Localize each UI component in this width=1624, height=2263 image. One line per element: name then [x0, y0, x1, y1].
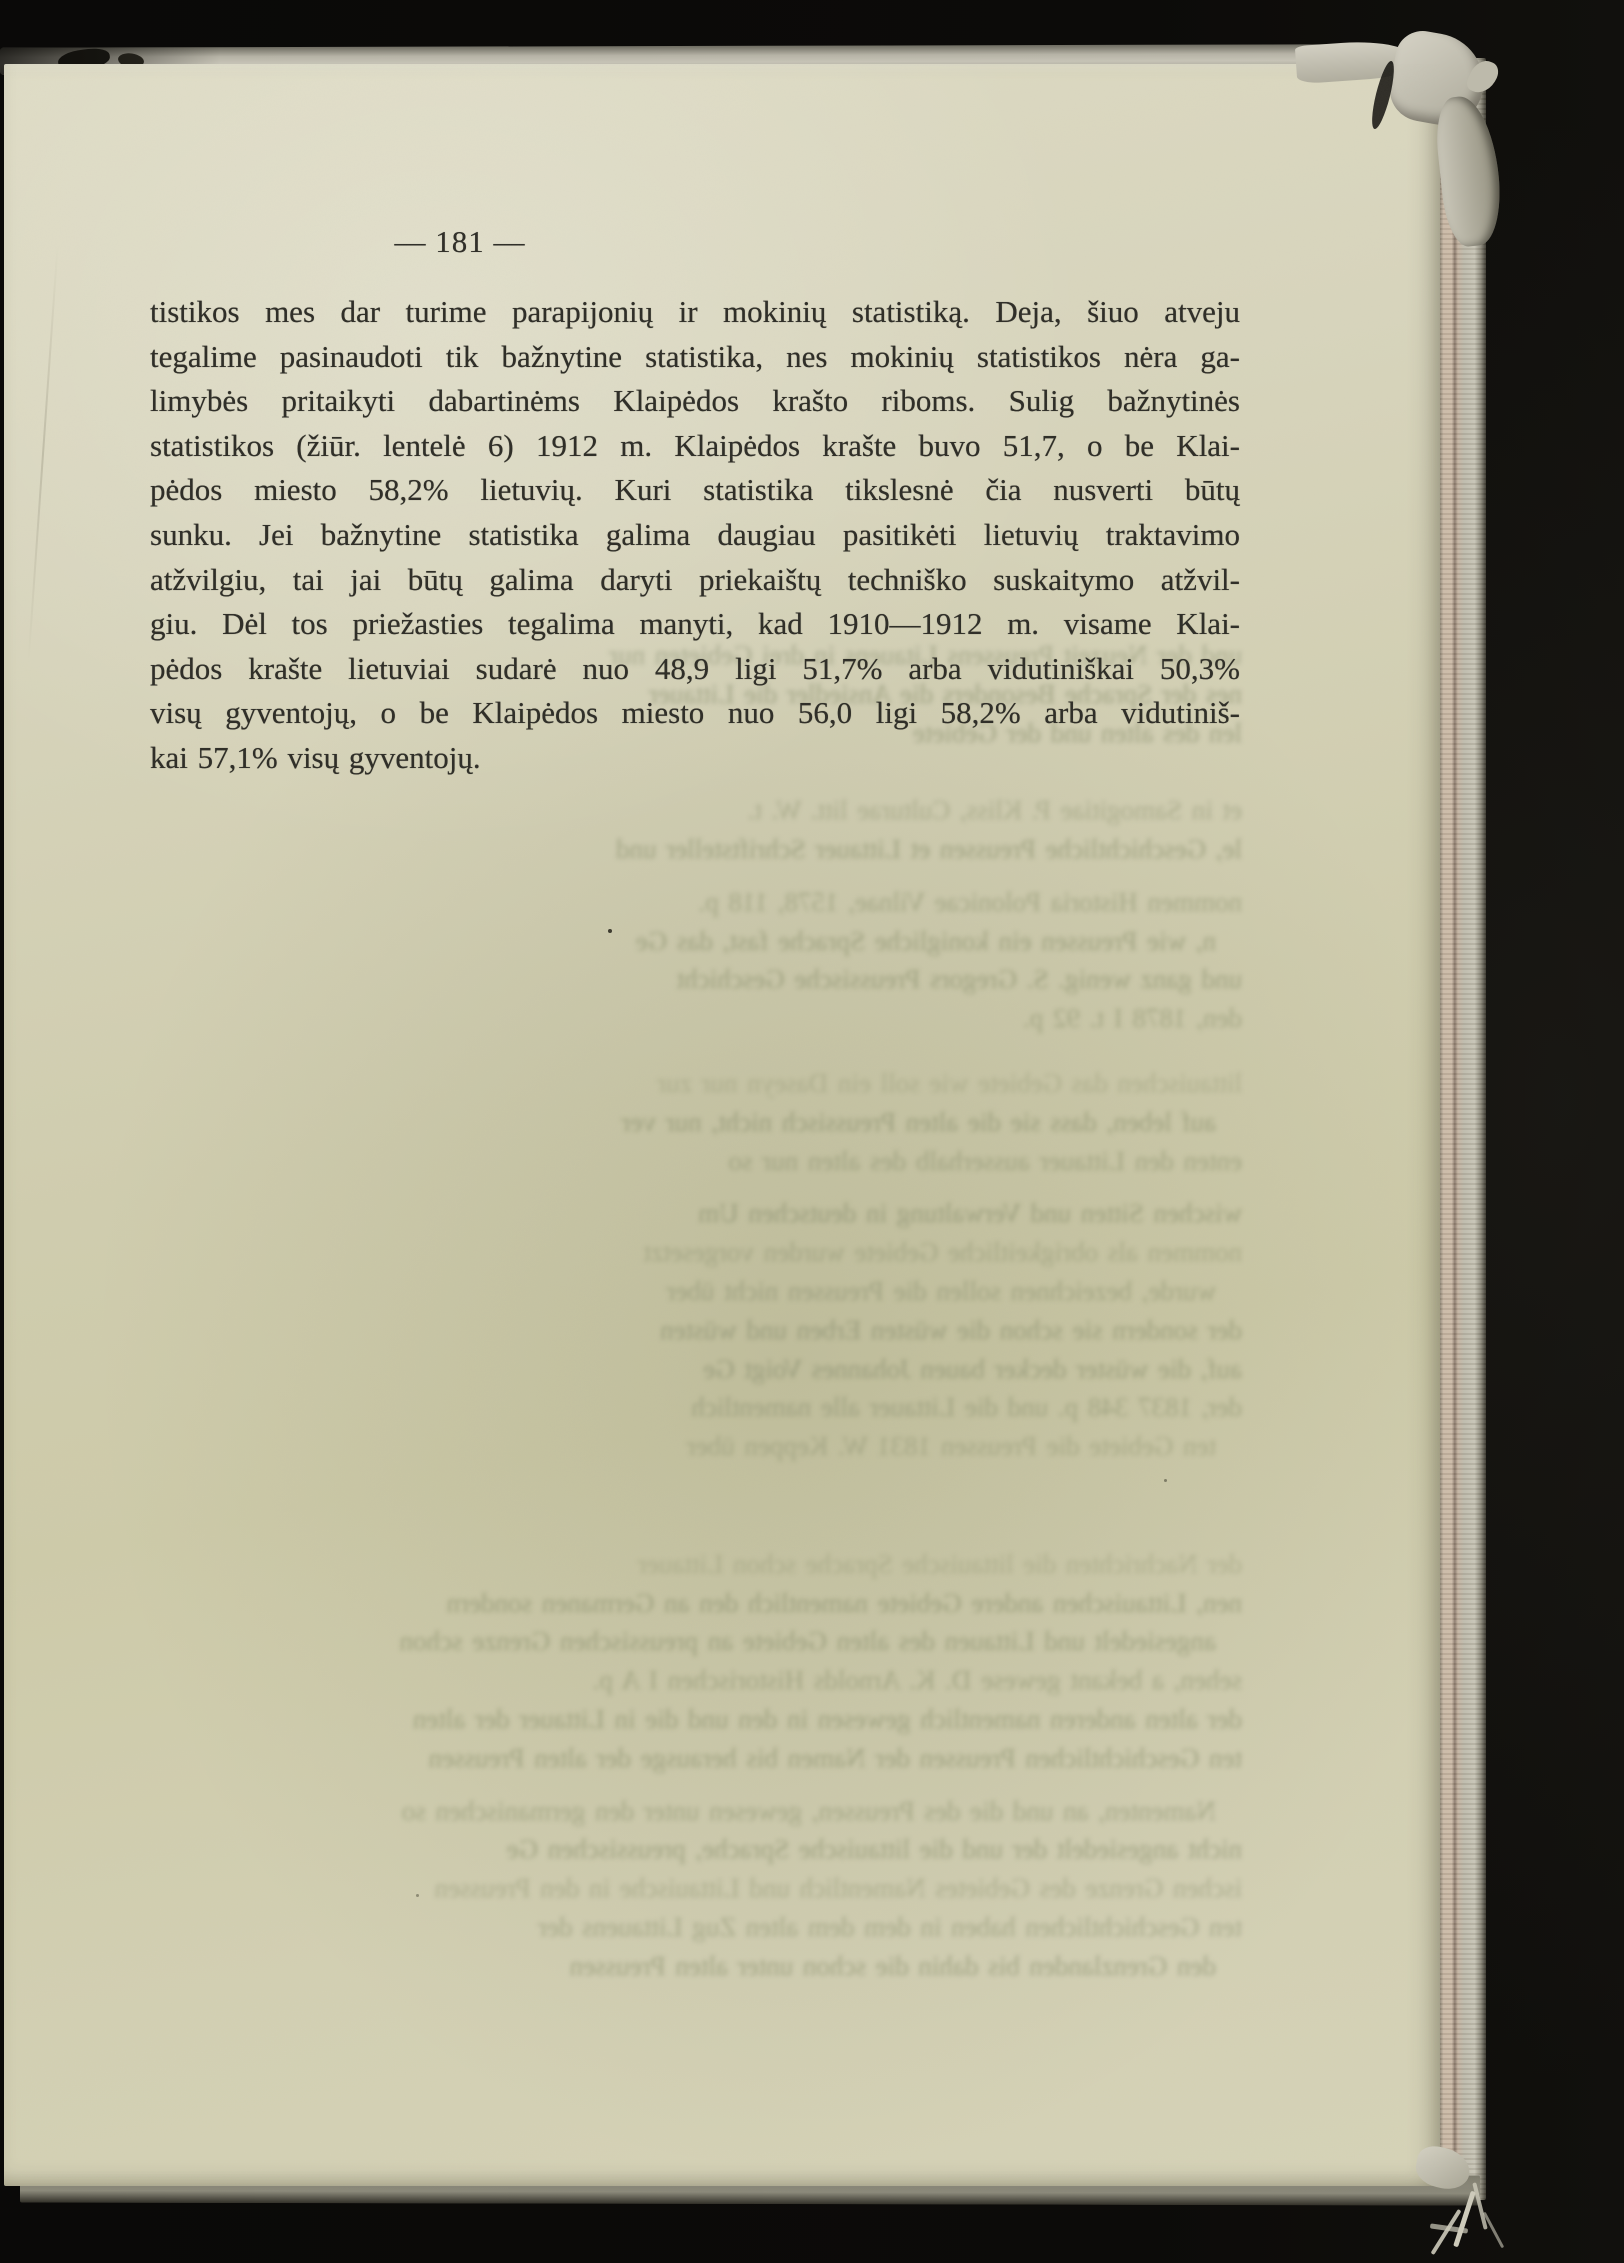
- text-line: sunku. Jei bažnytine statistika galima d…: [150, 513, 1240, 558]
- text-line: pėdos krašte lietuviai sudarė nuo 48,9 l…: [150, 647, 1240, 692]
- text-line: atžvilgiu, tai jai būtų galima daryti pr…: [150, 558, 1240, 603]
- bleedthrough-line: auf, die wüster decker bauen Johannes Vo…: [138, 1350, 1242, 1389]
- bleedthrough-line: n, wie Preussen ein konigliche Sprache f…: [138, 922, 1216, 961]
- bleedthrough-line: der sondern sie schon die wüsten Erben u…: [138, 1311, 1242, 1350]
- fray-thread: [1483, 2212, 1504, 2249]
- bleedthrough-line: littauischen das Gebiete wie soll ein Da…: [138, 1064, 1242, 1103]
- bleedthrough-line: sehen, a bekant gewese D. K. Arnolds His…: [138, 1661, 1242, 1700]
- bleedthrough-line: nommen Historia Polonicae Vilnae, 1578, …: [138, 883, 1242, 922]
- text-line: kai 57,1% visų gyventojų.: [150, 736, 1240, 781]
- bleedthrough-line: den, 1878 I t. 92 p.: [138, 999, 1242, 1038]
- bleedthrough-line: nommen als obrigkeitliche Gebiete wurden…: [138, 1233, 1242, 1272]
- bleedthrough-line: le, Geschichtliche Preussen et Littauer …: [138, 830, 1242, 869]
- text-line: visų gyventojų, o be Klaipėdos miesto nu…: [150, 691, 1240, 736]
- bleedthrough-text: und der Neuzeit Preussens Litauens in dr…: [138, 636, 1242, 1986]
- bleedthrough-line: nicht angesiedelt der und die littauisch…: [138, 1830, 1242, 1869]
- bleedthrough-line: wurde, bezeichnen sollen die Preussen ni…: [138, 1272, 1216, 1311]
- bleedthrough-line: [138, 1480, 1242, 1519]
- bleedthrough-line: ten Geschichtlichen haben in dem dem alt…: [138, 1908, 1242, 1947]
- bleedthrough-line: der, 1837 348 p. und die Littauer alle n…: [138, 1388, 1242, 1427]
- bleedthrough-line: nen, Littauischen andere Gebiete namentl…: [138, 1584, 1242, 1623]
- bleedthrough-line: Namenten, an und die des Preussen, gewes…: [138, 1792, 1216, 1831]
- bleedthrough-line: der alten anderen namentlich gewesen in …: [138, 1700, 1242, 1739]
- book-fore-edge: [1434, 58, 1486, 2200]
- text-line: tegalime pasinaudoti tik bažnytine stati…: [150, 335, 1240, 380]
- bleedthrough-line: enten den Littauer ausserhalb des alten …: [138, 1142, 1242, 1181]
- bleedthrough-line: auf leben, dass sie die alten Preussisch…: [138, 1103, 1216, 1142]
- photo-background: und der Neuzeit Preussens Litauens in dr…: [0, 0, 1624, 2263]
- bleedthrough-line: ten Geschichtlichen Preussen der Namen b…: [138, 1739, 1242, 1778]
- body-text: tistikos mes dar turime parapijonių ir m…: [150, 290, 1240, 781]
- bleedthrough-line: ischen Grenze des Gebietes Namentlich un…: [138, 1869, 1242, 1908]
- paper-crease: [27, 244, 58, 663]
- text-line: giu. Dėl tos priežasties tegalima manyti…: [150, 602, 1240, 647]
- bleedthrough-line: den Grenzlanden bis dahin die schon unte…: [138, 1947, 1216, 1986]
- text-line: statistikos (žiūr. lentelė 6) 1912 m. Kl…: [150, 424, 1240, 469]
- bleedthrough-line: wischen Sitten und Verwaltung in deutsch…: [138, 1194, 1242, 1233]
- bleedthrough-line: et in Samogitiae P. Kliss, Culturae litt…: [138, 791, 1242, 830]
- bleedthrough-line: und ganz wenig. S. Gregors Preussische G…: [138, 960, 1242, 999]
- bleedthrough-line: der Nachrichten die littauische Sprache …: [138, 1545, 1242, 1584]
- bleedthrough-line: ten Gebiete die Preussen 1831 W. Keppen …: [138, 1427, 1216, 1466]
- text-line: pėdos miesto 58,2% lietuvių. Kuri statis…: [150, 468, 1240, 513]
- page-number: — 181 —: [150, 224, 770, 260]
- text-line: limybės pritaikyti dabartinėms Klaipėdos…: [150, 379, 1240, 424]
- text-line: tistikos mes dar turime parapijonių ir m…: [150, 290, 1240, 335]
- bleedthrough-line: angesiedelt und Littauen des alten Gebie…: [138, 1622, 1216, 1661]
